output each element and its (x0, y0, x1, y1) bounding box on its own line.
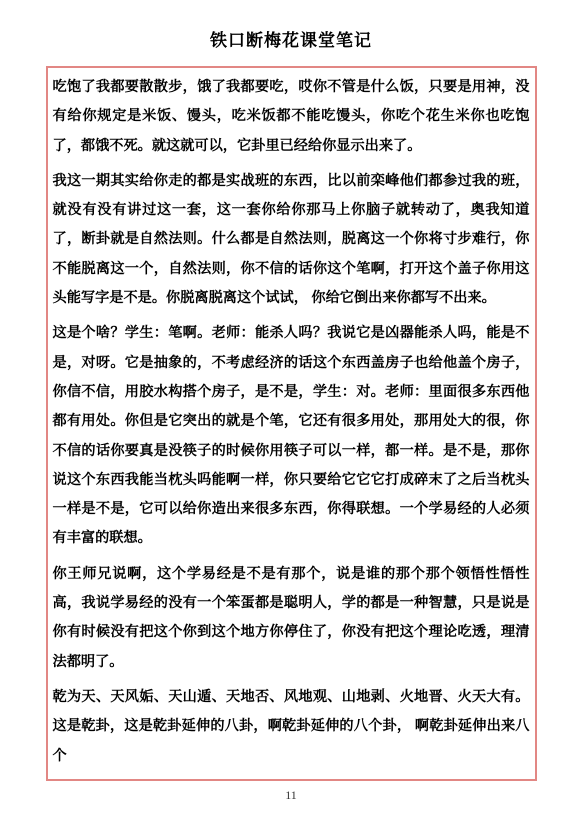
page-number: 11 (0, 788, 582, 803)
paragraph-4: 你王师兄说啊，这个学易经是不是有那个，说是谁的那个那个领悟性悟性高，我说学易经的… (53, 560, 530, 677)
paragraph-5: 乾为天、天风姤、天山遁、天地否、风地观、山地剥、火地晋、火天大有。这是乾卦，这是… (53, 683, 530, 771)
paragraph-2: 我这一期其实给你走的都是实战班的东西，比以前栾峰他们都参过我的班，就没有没有讲过… (53, 167, 530, 313)
notes-text-box: 吃饱了我都要散散步，饿了我都要吃，哎你不管是什么饭，只要是用神，没有给你规定是米… (46, 66, 537, 781)
page-title: 铁口断梅花课堂笔记 (0, 0, 582, 51)
paragraph-1: 吃饱了我都要散散步，饿了我都要吃，哎你不管是什么饭，只要是用神，没有给你规定是米… (53, 73, 530, 161)
document-page: 铁口断梅花课堂笔记 吃饱了我都要散散步，饿了我都要吃，哎你不管是什么饭，只要是用… (0, 0, 582, 814)
paragraph-3: 这是个啥？学生：笔啊。老师：能杀人吗？我说它是凶器能杀人吗，能是不是，对呀。它是… (53, 319, 530, 553)
